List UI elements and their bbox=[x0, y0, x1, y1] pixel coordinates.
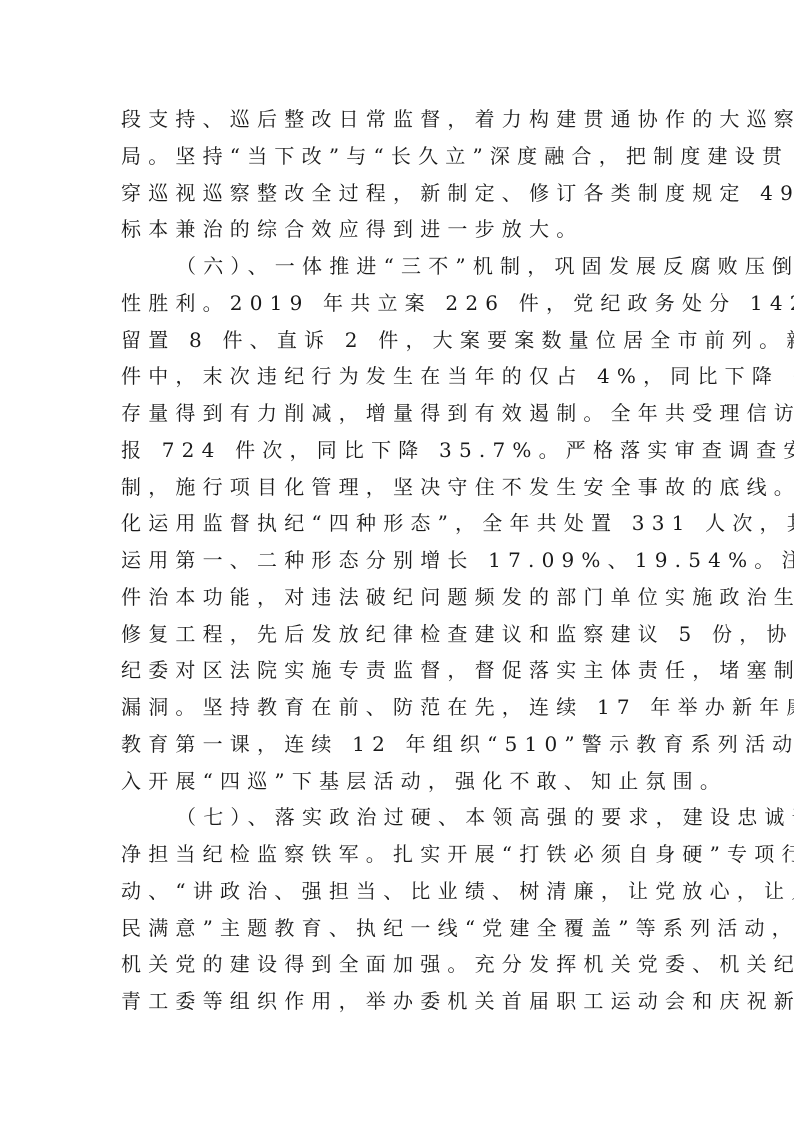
text-line: 局。坚持“当下改”与“长久立”深度融合，把制度建设贯 bbox=[121, 138, 674, 175]
text-line: 标本兼治的综合效应得到进一步放大。 bbox=[121, 211, 674, 248]
text-line: 留置 8 件、直诉 2 件，大案要案数量位居全市前列。新立案 bbox=[121, 322, 674, 359]
text-line: 教育第一课，连续 12 年组织“510”警示教育系列活动，深 bbox=[121, 726, 674, 763]
text-line: 性胜利。2019 年共立案 226 件，党纪政务处分 142 人，其中 bbox=[121, 285, 674, 322]
paragraph-continuation: 段支持、巡后整改日常监督，着力构建贯通协作的大巡察格 局。坚持“当下改”与“长久… bbox=[121, 101, 674, 248]
text-line: 报 724 件次，同比下降 35.7%。严格落实审查调查安全责任 bbox=[121, 432, 674, 469]
text-line: 存量得到有力削减，增量得到有效遏制。全年共受理信访举 bbox=[121, 395, 674, 432]
text-line: 件治本功能，对违法破纪问题频发的部门单位实施政治生态 bbox=[121, 579, 674, 616]
text-line: 件中，末次违纪行为发生在当年的仅占 4%，同比下降 69%， bbox=[121, 358, 674, 395]
text-line: 动、“讲政治、强担当、比业绩、树清廉，让党放心，让人 bbox=[121, 873, 674, 910]
text-line: 运用第一、二种形态分别增长 17.09%、19.54%。注重发挥案 bbox=[121, 542, 674, 579]
section-heading-line: （六）、一体推进“三不”机制，巩固发展反腐败压倒 bbox=[121, 248, 674, 285]
paragraph-section-six: （六）、一体推进“三不”机制，巩固发展反腐败压倒 性胜利。2019 年共立案 2… bbox=[121, 248, 674, 799]
text-line: 化运用监督执纪“四种形态”，全年共处置 331 人次，其中 bbox=[121, 505, 674, 542]
text-line: 制，施行项目化管理，坚决守住不发生安全事故的底线。深 bbox=[121, 469, 674, 506]
text-line: 穿巡视巡察整改全过程，新制定、修订各类制度规定 49 件， bbox=[121, 175, 674, 212]
text-line: 青工委等组织作用，举办委机关首届职工运动会和庆祝新中 bbox=[121, 983, 674, 1020]
document-page: 段支持、巡后整改日常监督，着力构建贯通协作的大巡察格 局。坚持“当下改”与“长久… bbox=[121, 101, 674, 1020]
text-line: 民满意”主题教育、执纪一线“党建全覆盖”等系列活动， bbox=[121, 910, 674, 947]
text-line: 修复工程，先后发放纪律检查建议和监察建议 5 份，协助市 bbox=[121, 616, 674, 653]
text-line: 漏洞。坚持教育在前、防范在先，连续 17 年举办新年廉政 bbox=[121, 689, 674, 726]
text-line: 净担当纪检监察铁军。扎实开展“打铁必须自身硬”专项行 bbox=[121, 836, 674, 873]
text-line: 入开展“四巡”下基层活动，强化不敢、知止氛围。 bbox=[121, 763, 674, 800]
text-line: 纪委对区法院实施专责监督，督促落实主体责任，堵塞制度 bbox=[121, 652, 674, 689]
text-line: 段支持、巡后整改日常监督，着力构建贯通协作的大巡察格 bbox=[121, 101, 674, 138]
paragraph-section-seven: （七）、落实政治过硬、本领高强的要求，建设忠诚干 净担当纪检监察铁军。扎实开展“… bbox=[121, 799, 674, 1020]
text-line: 机关党的建设得到全面加强。充分发挥机关党委、机关纪委、 bbox=[121, 946, 674, 983]
section-heading-line: （七）、落实政治过硬、本领高强的要求，建设忠诚干 bbox=[121, 799, 674, 836]
